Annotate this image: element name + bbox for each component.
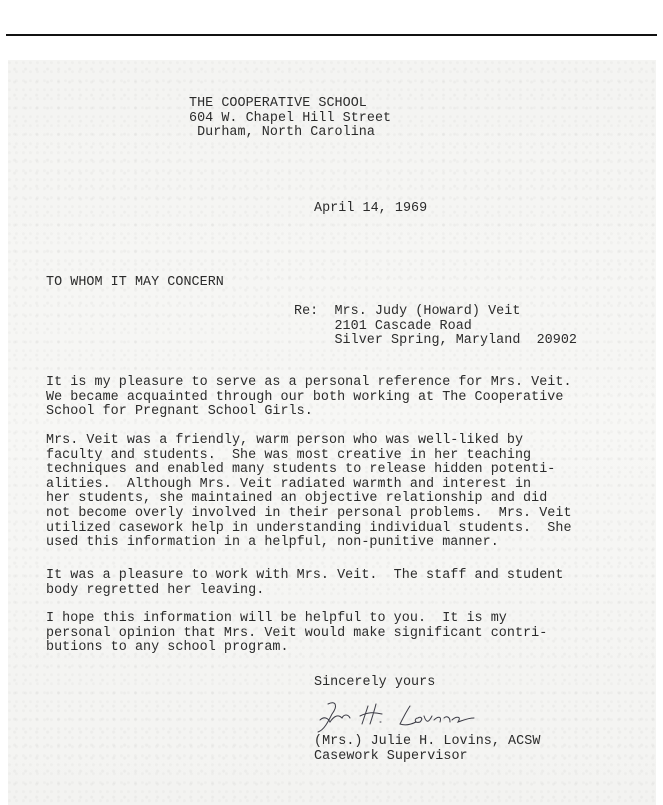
letterhead-street: 604 W. Chapel Hill Street: [189, 111, 391, 126]
handwritten-signature: [314, 698, 504, 734]
salutation: TO WHOM IT MAY CONCERN: [46, 276, 224, 291]
line: I hope this information will be helpful …: [46, 611, 507, 626]
paragraph-3: It was a pleasure to work with Mrs. Veit…: [46, 569, 563, 598]
re-name: Mrs. Judy (Howard) Veit: [334, 304, 520, 319]
re-city: Silver Spring, Maryland 20902: [334, 333, 577, 348]
letter-date: April 14, 1969: [314, 202, 427, 217]
scanned-letter-page: THE COOPERATIVE SCHOOL 604 W. Chapel Hil…: [8, 60, 656, 805]
closing: Sincerely yours: [314, 676, 435, 691]
line: personal opinion that Mrs. Veit would ma…: [46, 626, 547, 641]
letterhead-school-name: THE COOPERATIVE SCHOOL: [189, 96, 367, 111]
line: alities. Although Mrs. Veit radiated war…: [46, 477, 531, 492]
line: butions to any school program.: [46, 640, 289, 655]
line: It was a pleasure to work with Mrs. Veit…: [46, 568, 563, 583]
signature-block: (Mrs.) Julie H. Lovins, ACSW Casework Su…: [314, 735, 540, 764]
line: faculty and students. She was most creat…: [46, 448, 531, 463]
line: School for Pregnant School Girls.: [46, 404, 313, 419]
line: It is my pleasure to serve as a personal…: [46, 375, 572, 390]
re-street: 2101 Cascade Road: [334, 319, 471, 334]
line: Mrs. Veit was a friendly, warm person wh…: [46, 433, 523, 448]
line: her students, she maintained an objectiv…: [46, 491, 547, 506]
line: utilized casework help in understanding …: [46, 521, 572, 536]
line: We became acquainted through our both wo…: [46, 390, 563, 405]
letterhead: THE COOPERATIVE SCHOOL 604 W. Chapel Hil…: [189, 97, 391, 141]
line: techniques and enabled many students to …: [46, 462, 555, 477]
line: used this information in a helpful, non-…: [46, 535, 499, 550]
paragraph-4: I hope this information will be helpful …: [46, 612, 547, 656]
signer-title: Casework Supervisor: [314, 749, 468, 764]
signer-name: (Mrs.) Julie H. Lovins, ACSW: [314, 734, 540, 749]
paragraph-1: It is my pleasure to serve as a personal…: [46, 376, 572, 420]
line: body regretted her leaving.: [46, 583, 264, 598]
paragraph-2: Mrs. Veit was a friendly, warm person wh…: [46, 434, 572, 551]
top-divider-rule: [6, 34, 657, 36]
letterhead-city: Durham, North Carolina: [189, 125, 375, 140]
re-label: Re:: [294, 304, 318, 319]
re-block: Re: Mrs. Judy (Howard) Veit 2101 Cascade…: [294, 305, 577, 349]
line: not become overly involved in their pers…: [46, 506, 572, 521]
